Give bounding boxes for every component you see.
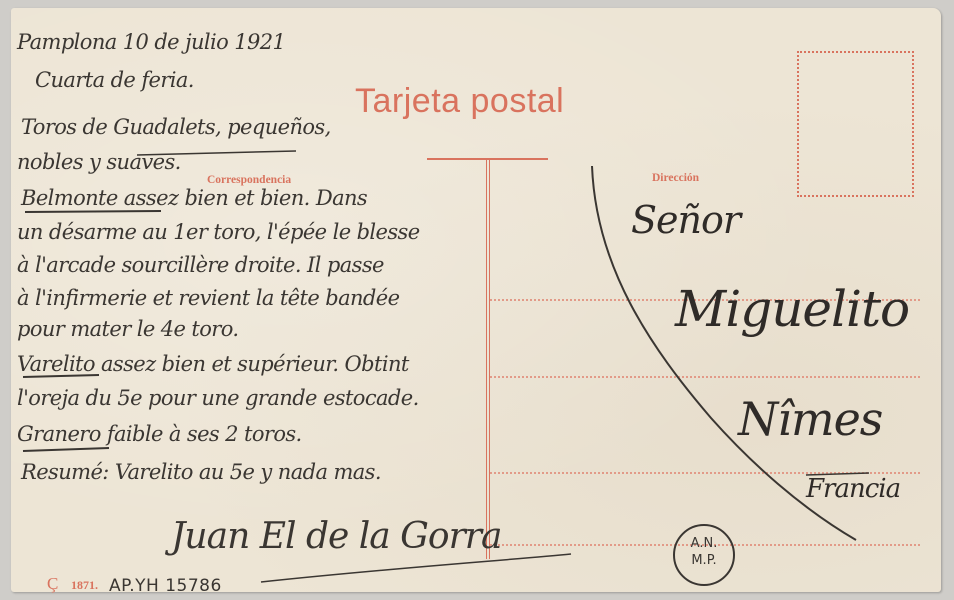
- postcard: Tarjeta postal Correspondencia Dirección…: [11, 8, 941, 592]
- pen-strokes: [11, 8, 941, 592]
